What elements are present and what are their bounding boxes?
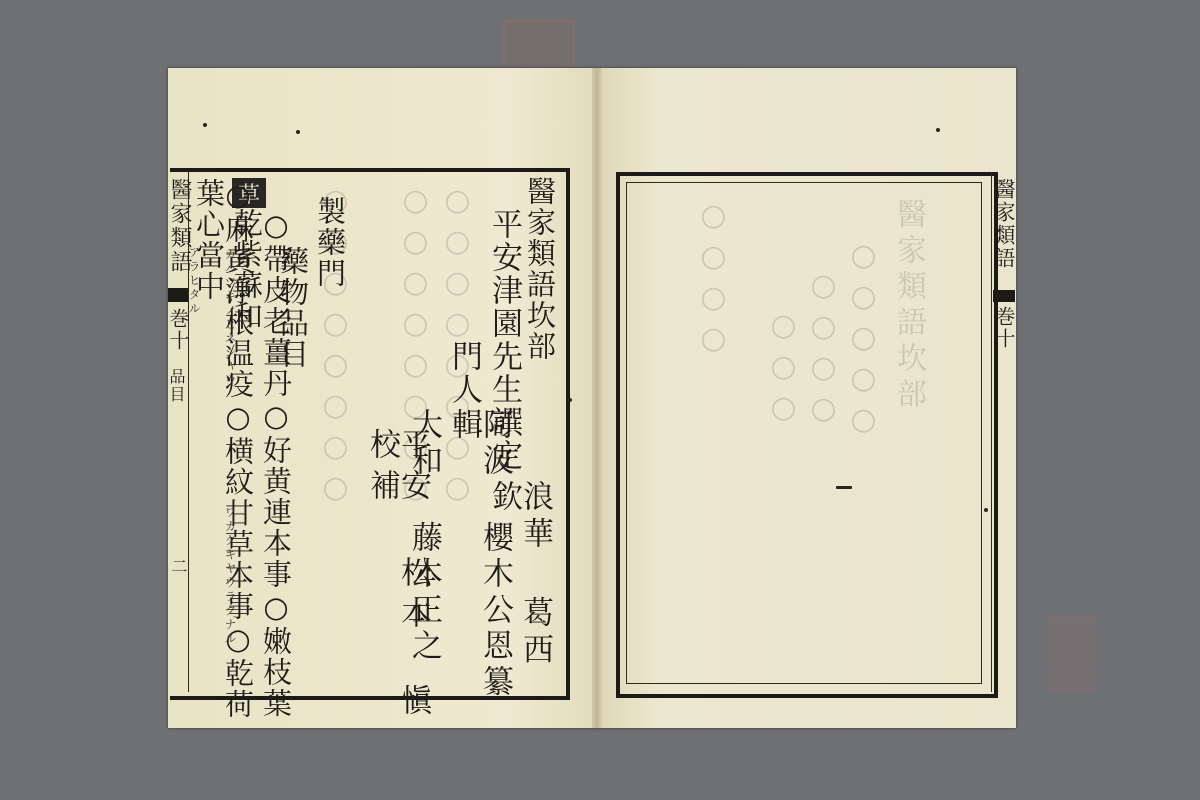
side-section: 品目 [168,368,184,404]
ink-speck [936,128,940,132]
side-volume: 巻十 [168,308,188,352]
side-title: 醫家類語 [993,178,1014,270]
bleed-through-text: ○○○ [766,308,801,431]
book-title-column: 醫家類語坎部 [525,176,554,362]
bleed-through-text: ○○○○ [696,198,731,362]
disciple-1: 阿波 櫻木公恩纂輯 [448,408,510,728]
side-title: 醫家類語 [168,178,190,274]
ink-speck [296,130,300,134]
section-heading: 製藥門 [315,196,344,289]
bleed-through-text: ○○○○○ [846,238,881,443]
ink-mark [836,486,852,489]
bleed-through-text: 醫家類語坎部 [886,198,930,414]
disciple-3: 平安 松本 愼校補 [366,428,428,728]
faded-red-seal [1049,616,1095,690]
furigana-annotation: ワカクキヤウラクナル [224,506,236,646]
bleed-through-text: ○○○○ [806,268,841,432]
ink-speck [568,398,572,402]
ink-speck [203,123,207,127]
open-book: ○○○○○○○○ ○○○○○○○○ ○○○○○○○○ 醫家類語坎部 平安津園先生… [168,68,1016,728]
ink-speck [984,508,988,512]
left-page: ○○○○○○○○ ○○○○○○○○ ○○○○○○○○ 醫家類語坎部 平安津園先生… [168,68,596,728]
furigana-annotation: カハツキノヒネシャウ [224,248,236,388]
fish-tail-mark [993,290,1015,302]
disciples-label: 門人 [448,340,479,406]
fish-tail-mark [168,288,188,302]
book-gutter [592,68,602,728]
side-volume: 巻十 [994,306,1014,350]
side-page-number: 二 [170,558,186,576]
right-page: 醫家類語坎部 ○○○○○ ○○○○ ○○○ ○○○○ 醫家類語 巻十 [596,68,1016,728]
